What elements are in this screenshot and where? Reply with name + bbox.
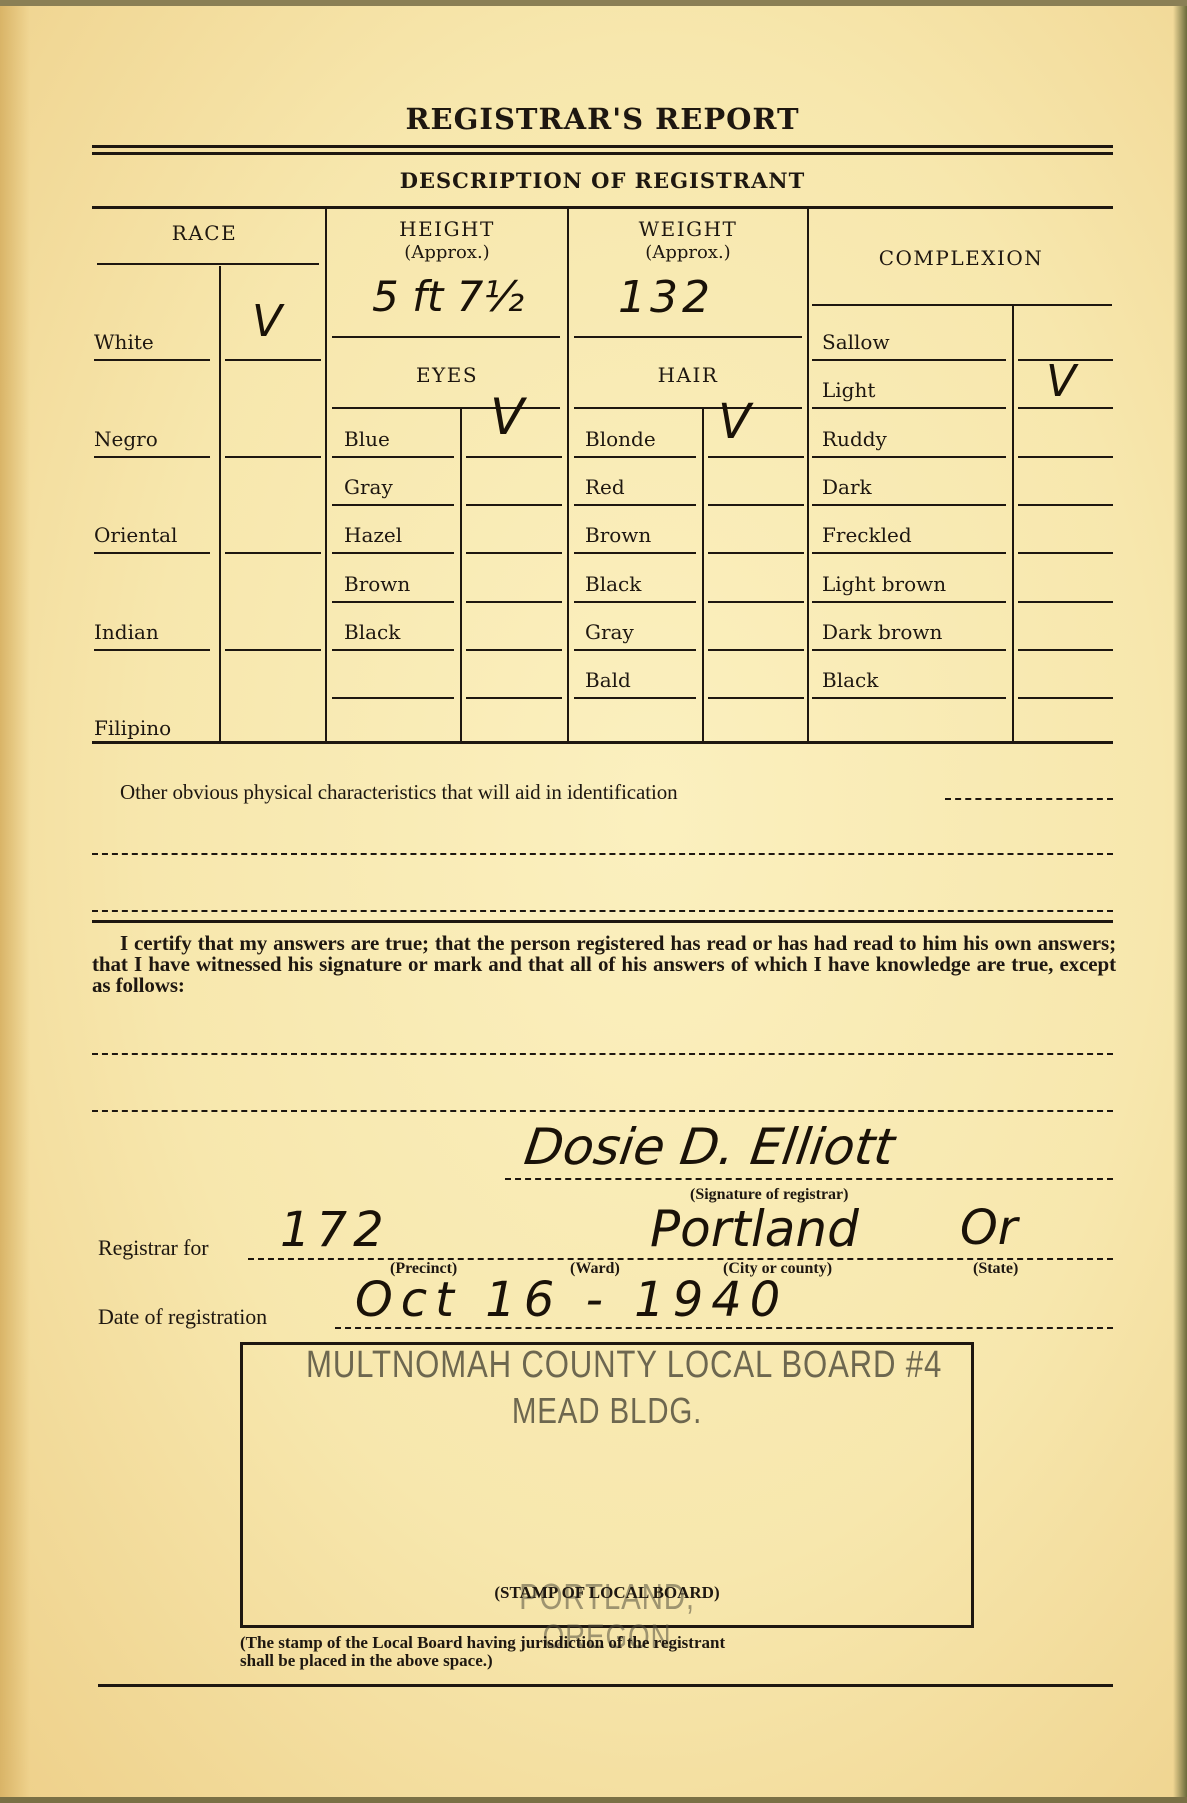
complexion-option-light-brown: Light brown <box>822 572 946 596</box>
race-box-rule <box>225 359 321 361</box>
complexion-box-rule <box>1018 601 1113 603</box>
complexion-row-rule <box>812 697 1006 699</box>
eyes-row-rule <box>332 552 454 554</box>
hair-box-rule <box>708 697 804 699</box>
eyes-option-hazel: Hazel <box>344 523 402 547</box>
certification-text: I certify that my answers are true; that… <box>92 933 1116 996</box>
weight-header: WEIGHT (Approx.) <box>569 218 807 264</box>
eyes-row-rule <box>332 697 454 699</box>
weight-value[interactable]: 132 <box>618 272 714 323</box>
complexion-option-black: Black <box>822 668 878 692</box>
paper-edge-top <box>0 0 1187 6</box>
race-option-negro: Negro <box>94 427 158 451</box>
complexion-row-rule <box>812 407 1006 409</box>
section-divider-rule <box>92 920 1113 923</box>
stamp-footnote: (The stamp of the Local Board having jur… <box>240 1634 725 1670</box>
height-header: HEIGHT (Approx.) <box>327 218 567 264</box>
hair-option-brown: Brown <box>585 523 651 547</box>
divider-hair-inner <box>702 408 704 742</box>
complexion-header-rule <box>812 304 1112 306</box>
eyes-header-rule <box>332 407 560 409</box>
eyes-box-rule <box>466 601 562 603</box>
hair-header-rule <box>574 407 802 409</box>
race-row-rule <box>94 359 210 361</box>
complexion-box-rule <box>1018 697 1113 699</box>
table-top-rule <box>92 206 1113 209</box>
eyes-row-rule <box>332 504 454 506</box>
weight-value-rule <box>574 336 802 338</box>
eyes-box-rule <box>466 552 562 554</box>
table-bottom-rule <box>92 741 1113 744</box>
height-value-rule <box>332 336 560 338</box>
hair-blonde-checkmark[interactable]: V <box>718 400 751 444</box>
hair-box-rule <box>708 601 804 603</box>
divider-height-weight <box>567 208 569 742</box>
hair-option-black: Black <box>585 572 641 596</box>
complexion-row-rule <box>812 649 1006 651</box>
race-row-rule <box>94 649 210 651</box>
bottom-rule <box>98 1684 1113 1687</box>
stamp-footnote-line-2: shall be placed in the above space.) <box>240 1652 725 1670</box>
state-value[interactable]: Or <box>960 1200 1018 1256</box>
weight-header-label: WEIGHT <box>569 218 807 240</box>
complexion-option-light: Light <box>822 378 875 402</box>
eyes-header: EYES <box>327 364 567 386</box>
other-characteristics-line-3[interactable] <box>92 910 1113 912</box>
divider-eyes-inner <box>460 408 462 742</box>
race-header-rule <box>97 263 319 265</box>
race-box-rule <box>225 552 321 554</box>
eyes-option-gray: Gray <box>344 475 393 499</box>
form-title: REGISTRAR'S REPORT <box>92 102 1113 136</box>
divider-race-inner <box>219 266 221 742</box>
complexion-row-rule <box>812 359 1006 361</box>
race-option-filipino: Filipino <box>94 716 171 740</box>
complexion-row-rule <box>812 552 1006 554</box>
race-option-white: White <box>94 330 154 354</box>
height-value[interactable]: 5 ft 7½ <box>372 272 524 321</box>
complexion-option-ruddy: Ruddy <box>822 427 887 451</box>
registrar-signature[interactable]: Dosie D. Elliott <box>521 1118 898 1176</box>
race-row-rule <box>94 552 210 554</box>
complexion-box-rule <box>1018 359 1113 361</box>
signature-line[interactable] <box>505 1178 1113 1180</box>
race-box-rule <box>225 649 321 651</box>
complexion-option-dark: Dark <box>822 475 872 499</box>
eyes-box-rule <box>466 504 562 506</box>
exceptions-line-2[interactable] <box>92 1110 1113 1112</box>
eyes-box-rule <box>466 697 562 699</box>
hair-option-red: Red <box>585 475 625 499</box>
hair-row-rule <box>574 456 696 458</box>
eyes-box-rule <box>466 456 562 458</box>
hair-box-rule <box>708 552 804 554</box>
date-of-registration-value[interactable]: Oct 16 - 1940 <box>355 1272 788 1328</box>
title-double-rule-bottom <box>92 152 1113 155</box>
height-header-label: HEIGHT <box>327 218 567 240</box>
eyes-option-black: Black <box>344 620 400 644</box>
race-row-rule <box>94 456 210 458</box>
paper-edge-bottom <box>0 1797 1187 1803</box>
hair-option-blonde: Blonde <box>585 427 656 451</box>
complexion-row-rule <box>812 601 1006 603</box>
paper-edge-left <box>0 0 30 1803</box>
other-characteristics-line-1[interactable] <box>945 798 1113 800</box>
eyes-row-rule <box>332 456 454 458</box>
state-caption: (State) <box>973 1260 1018 1278</box>
hair-header: HAIR <box>569 364 807 386</box>
hair-option-bald: Bald <box>585 668 631 692</box>
eyes-option-blue: Blue <box>344 427 390 451</box>
hair-row-rule <box>574 504 696 506</box>
complexion-option-freckled: Freckled <box>822 523 912 547</box>
complexion-option-dark-brown: Dark brown <box>822 620 942 644</box>
hair-row-rule <box>574 601 696 603</box>
complexion-option-sallow: Sallow <box>822 330 890 354</box>
race-box-rule <box>225 456 321 458</box>
eyes-row-rule <box>332 649 454 651</box>
race-header: RACE <box>92 222 317 244</box>
complexion-box-rule <box>1018 504 1113 506</box>
hair-box-rule <box>708 456 804 458</box>
divider-complexion-inner <box>1012 306 1014 742</box>
complexion-header: COMPLEXION <box>809 247 1113 269</box>
hair-box-rule <box>708 649 804 651</box>
registrar-for-label: Registrar for <box>98 1237 209 1258</box>
stamp-box-caption: (STAMP OF LOCAL BOARD) <box>240 1583 974 1603</box>
eyes-box-rule <box>466 649 562 651</box>
precinct-value[interactable]: 172 <box>280 1202 390 1258</box>
stamp-line-building: MEAD BLDG. <box>306 1390 908 1432</box>
hair-option-gray: Gray <box>585 620 634 644</box>
weight-header-sub: (Approx.) <box>645 242 730 263</box>
eyes-row-rule <box>332 601 454 603</box>
hair-row-rule <box>574 649 696 651</box>
exceptions-line-1[interactable] <box>92 1053 1113 1055</box>
eyes-blue-checkmark[interactable]: V <box>490 395 524 439</box>
section-title: DESCRIPTION OF REGISTRANT <box>92 168 1113 193</box>
complexion-box-rule <box>1018 649 1113 651</box>
hair-row-rule <box>574 552 696 554</box>
other-characteristics-label: Other obvious physical characteristics t… <box>120 782 678 803</box>
divider-race-height <box>325 208 327 742</box>
hair-box-rule <box>708 504 804 506</box>
complexion-box-rule <box>1018 552 1113 554</box>
complexion-row-rule <box>812 456 1006 458</box>
stamp-footnote-line-1: (The stamp of the Local Board having jur… <box>240 1634 725 1652</box>
divider-weight-complexion <box>807 208 809 742</box>
race-option-oriental: Oriental <box>94 523 177 547</box>
complexion-light-checkmark[interactable]: V <box>1046 360 1076 404</box>
complexion-box-rule <box>1018 407 1113 409</box>
race-white-checkmark[interactable]: V <box>252 300 282 344</box>
race-option-indian: Indian <box>94 620 159 644</box>
hair-row-rule <box>574 697 696 699</box>
complexion-box-rule <box>1018 456 1113 458</box>
height-header-sub: (Approx.) <box>404 242 489 263</box>
other-characteristics-line-2[interactable] <box>92 853 1113 855</box>
city-or-county-value[interactable]: Portland <box>650 1200 859 1258</box>
eyes-option-brown: Brown <box>344 572 410 596</box>
date-of-registration-label: Date of registration <box>98 1306 267 1327</box>
paper-edge-right <box>1173 0 1187 1803</box>
complexion-row-rule <box>812 504 1006 506</box>
stamp-line-board: MULTNOMAH COUNTY LOCAL BOARD #4 <box>306 1344 908 1387</box>
title-double-rule-top <box>92 145 1113 148</box>
